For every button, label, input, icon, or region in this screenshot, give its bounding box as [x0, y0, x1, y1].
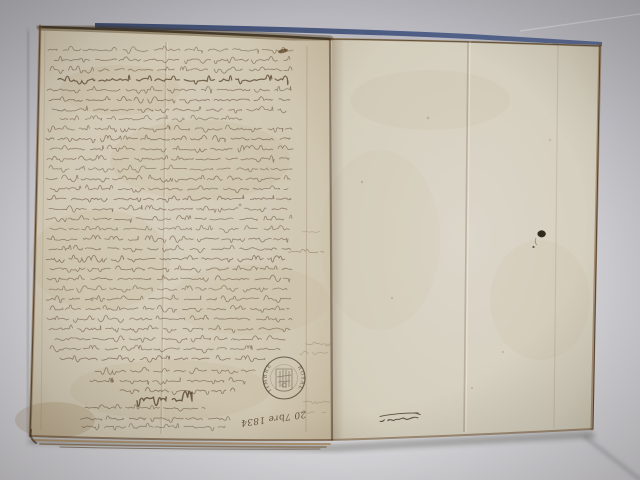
vignette — [0, 0, 640, 480]
manuscript-photo: ROYAL TIMBRE 20 7bre 1834 — [0, 0, 640, 480]
photo-stage: ROYAL TIMBRE 20 7bre 1834 — [0, 0, 640, 480]
